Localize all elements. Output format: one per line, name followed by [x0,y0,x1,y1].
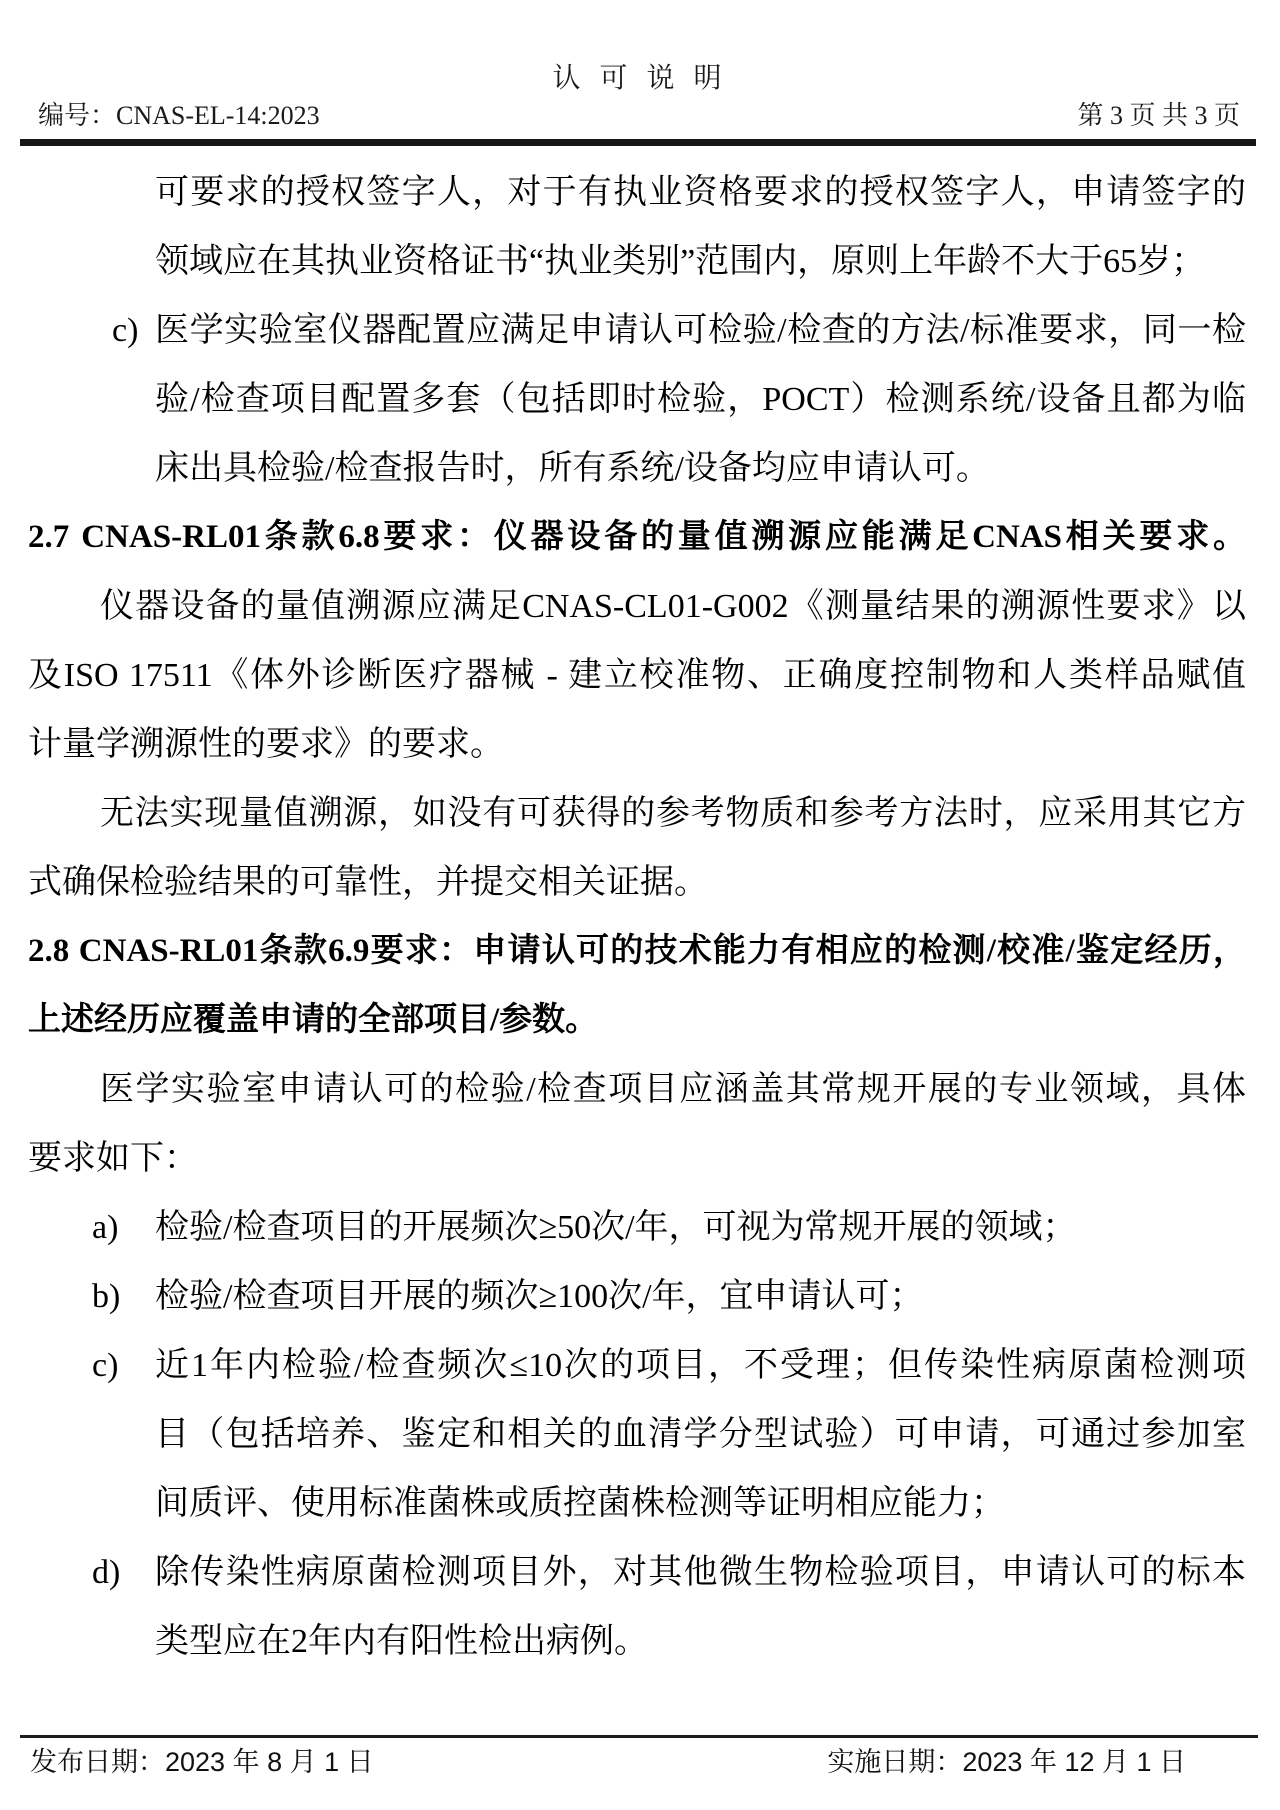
document-page: 认 可 说 明 编号：CNAS-EL-14:2023 第 3 页 共 3 页 可… [0,0,1280,1810]
text-line: 类型应在2年内有阳性检出病例。 [28,1607,1246,1676]
release-date-value: 2023 年 8 月 1 日 [165,1747,374,1777]
text-line: 仪器设备的量值溯源应满足CNAS-CL01-G002《测量结果的溯源性要求》以 [28,572,1246,641]
implementation-date: 实施日期：2023 年 12 月 1 日 [827,1746,1258,1778]
release-date: 发布日期：2023 年 8 月 1 日 [30,1746,374,1778]
text-line: 床出具检验/检查报告时，所有系统/设备均应申请认可。 [28,434,1246,503]
list-item-a-line: a)检验/检查项目的开展频次≥50次/年，可视为常规开展的领域； [28,1193,1246,1262]
list-item-c-line: c)医学实验室仪器配置应满足申请认可检验/检查的方法/标准要求，同一检 [28,296,1246,365]
list-item-b-line: b)检验/检查项目开展的频次≥100次/年，宜申请认可； [28,1262,1246,1331]
page-number: 第 3 页 共 3 页 [1077,100,1240,132]
list-marker: c) [112,296,138,365]
section-heading-2-8-cont: 上述经历应覆盖申请的全部项目/参数。 [28,986,1246,1055]
text-line: 领域应在其执业资格证书“执业类别”范围内，原则上年龄不大于65岁； [28,227,1246,296]
text-line: 间质评、使用标准菌株或质控菌株检测等证明相应能力； [28,1469,1246,1538]
list-marker: d) [92,1538,120,1607]
list-marker: b) [92,1262,120,1331]
text-line: 医学实验室申请认可的检验/检查项目应涵盖其常规开展的专业领域，具体 [28,1055,1246,1124]
list-item-text: 除传染性病原菌检测项目外，对其他微生物检验项目，申请认可的标本 [155,1554,1246,1591]
text-line: 可要求的授权签字人，对于有执业资格要求的授权签字人，申请签字的 [28,158,1246,227]
document-body: 可要求的授权签字人，对于有执业资格要求的授权签字人，申请签字的 领域应在其执业资… [28,158,1246,1676]
text-line: 计量学溯源性的要求》的要求。 [28,710,1246,779]
text-line: 目（包括培养、鉴定和相关的血清学分型试验）可申请，可通过参加室 [28,1400,1246,1469]
implementation-date-label: 实施日期： [827,1747,962,1777]
list-item-text: 医学实验室仪器配置应满足申请认可检验/检查的方法/标准要求，同一检 [155,312,1246,349]
text-line: 验/检查项目配置多套（包括即时检验，POCT）检测系统/设备且都为临 [28,365,1246,434]
release-date-label: 发布日期： [30,1747,165,1777]
section-heading-2-8: 2.8 CNAS-RL01条款6.9要求：申请认可的技术能力有相应的检测/校准/… [28,917,1246,986]
text-line: 式确保检验结果的可靠性，并提交相关证据。 [28,848,1246,917]
footer-divider [20,1735,1258,1738]
footer: 发布日期：2023 年 8 月 1 日 实施日期：2023 年 12 月 1 日 [30,1746,1258,1778]
page-title: 认 可 说 明 [0,64,1280,94]
header-divider [20,139,1256,146]
text-line: 及ISO 17511《体外诊断医疗器械 - 建立校准物、正确度控制物和人类样品赋… [28,641,1246,710]
section-heading-2-7: 2.7 CNAS-RL01条款6.8要求：仪器设备的量值溯源应能满足CNAS相关… [28,503,1246,572]
list-item-c2-line: c)近1年内检验/检查频次≤10次的项目，不受理；但传染性病原菌检测项 [28,1331,1246,1400]
implementation-date-value: 2023 年 12 月 1 日 [962,1747,1186,1777]
text-line: 要求如下： [28,1124,1246,1193]
list-item-text: 检验/检查项目的开展频次≥50次/年，可视为常规开展的领域； [155,1209,1077,1246]
doc-number: 编号：CNAS-EL-14:2023 [38,100,320,132]
list-marker: a) [92,1193,118,1262]
list-item-d-line: d)除传染性病原菌检测项目外，对其他微生物检验项目，申请认可的标本 [28,1538,1246,1607]
list-item-text: 检验/检查项目开展的频次≥100次/年，宜申请认可； [155,1278,924,1315]
list-item-text: 近1年内检验/检查频次≤10次的项目，不受理；但传染性病原菌检测项 [155,1347,1246,1384]
text-line: 无法实现量值溯源，如没有可获得的参考物质和参考方法时，应采用其它方 [28,779,1246,848]
list-marker: c) [92,1331,118,1400]
